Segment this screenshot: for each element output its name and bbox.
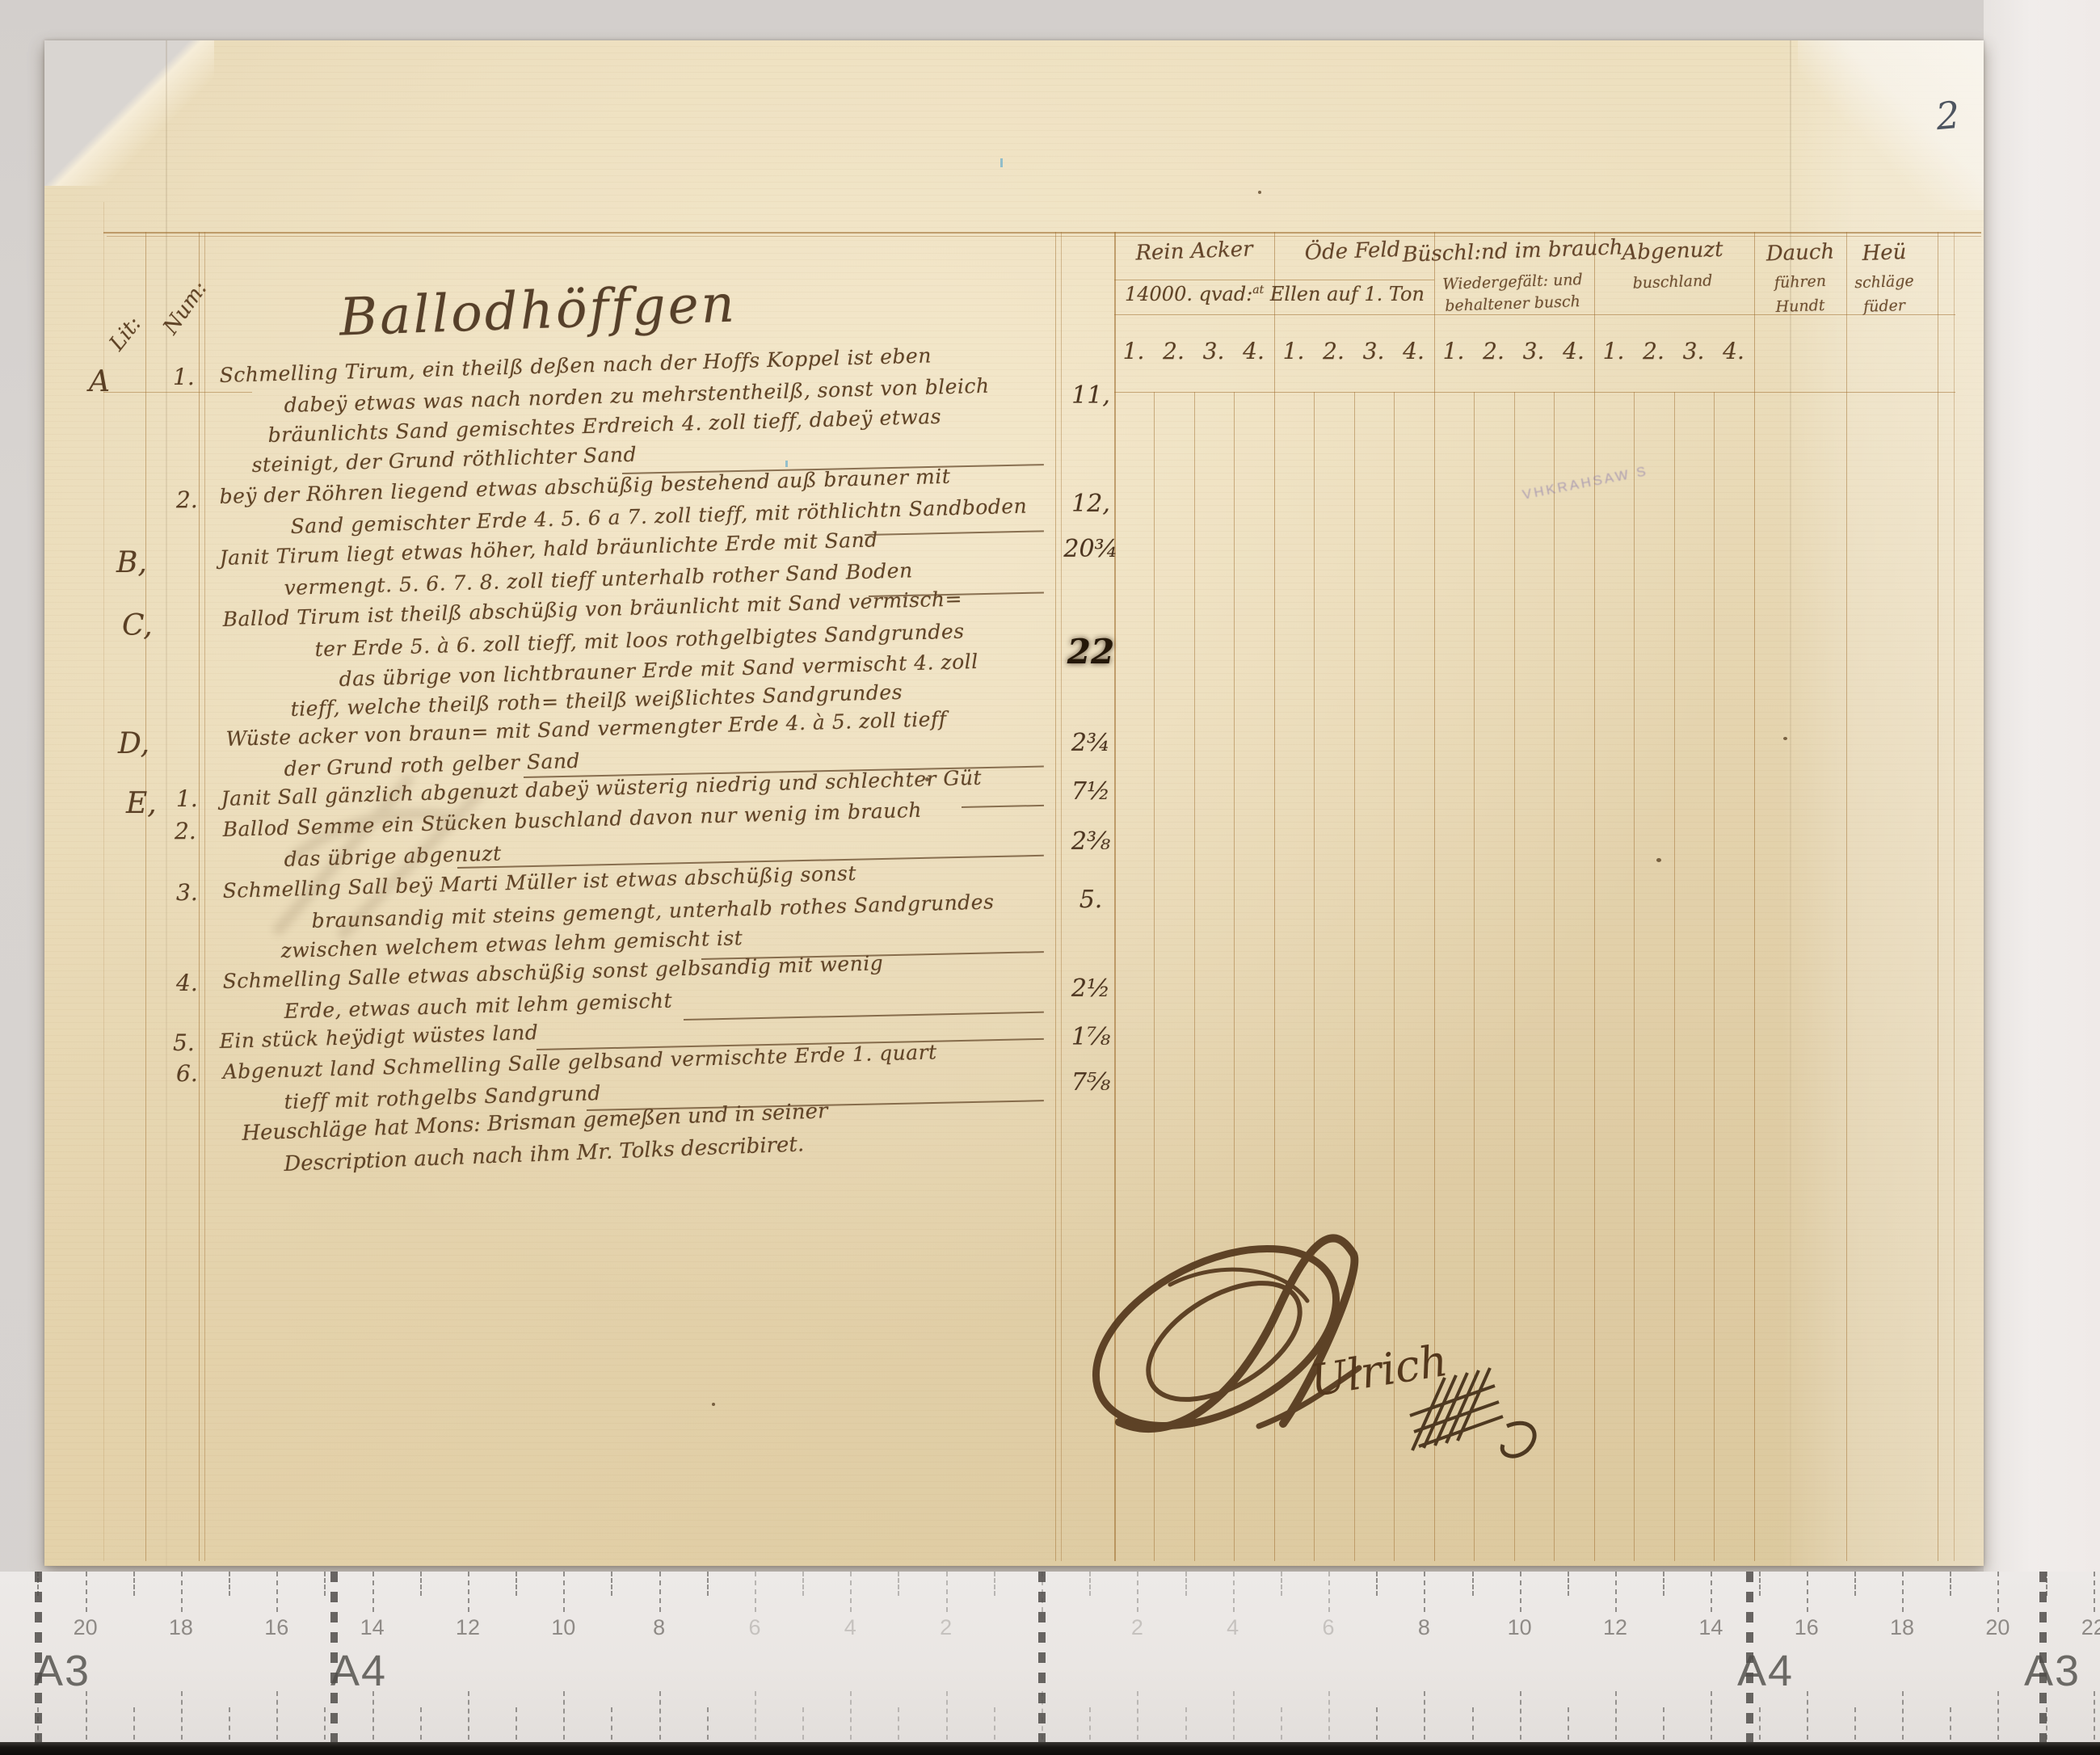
ink-bleed-ghost bbox=[246, 760, 521, 945]
rule-horizontal bbox=[103, 392, 252, 393]
ruler-format-mark bbox=[1038, 1572, 1046, 1743]
ruler-tick bbox=[1663, 1572, 1664, 1596]
ruler-number: 2 bbox=[940, 1615, 952, 1640]
ruler-tick-bottom bbox=[1376, 1707, 1378, 1740]
ruler-tick bbox=[1902, 1572, 1904, 1612]
column-number: 1. bbox=[1436, 338, 1471, 364]
ruler-tick-bottom bbox=[1854, 1707, 1856, 1740]
amount-value: 11, bbox=[1057, 381, 1125, 410]
ruler-tick-bottom bbox=[229, 1707, 230, 1740]
ruler-format-label: A3 bbox=[2024, 1646, 2081, 1696]
amount-value: 7½ bbox=[1057, 777, 1125, 806]
ink-speck bbox=[1258, 191, 1261, 194]
entry-number: 2. bbox=[175, 818, 196, 844]
ruler-tick bbox=[1472, 1572, 1474, 1596]
rule-vertical bbox=[1634, 392, 1635, 1561]
ruler-tick-bottom bbox=[1281, 1707, 1282, 1740]
ruler-tick-bottom bbox=[850, 1691, 852, 1740]
rule-vertical bbox=[1754, 232, 1755, 1561]
ruler-number: 22 bbox=[2081, 1615, 2100, 1640]
amount-value: 2½ bbox=[1057, 974, 1125, 1003]
ruler-number: 16 bbox=[1795, 1615, 1819, 1640]
ruler-tick bbox=[659, 1572, 661, 1612]
rule-vertical bbox=[1674, 392, 1675, 1561]
ruler-tick bbox=[324, 1572, 326, 1596]
ruler-tick-bottom bbox=[181, 1691, 183, 1740]
ruler-tick-bottom bbox=[1089, 1707, 1091, 1740]
ink-speck bbox=[925, 777, 929, 781]
scanner-bed-edge bbox=[0, 1742, 2100, 1755]
ruler-tick-bottom bbox=[946, 1691, 948, 1740]
ruler-tick bbox=[1137, 1572, 1138, 1612]
ruler-tick bbox=[372, 1572, 374, 1612]
ruler-number: 16 bbox=[264, 1615, 288, 1640]
ruler-number: 14 bbox=[1698, 1615, 1723, 1640]
scanner-bed: Ballodhöffgen Lit: Num: Rein AckerÖde Fe… bbox=[0, 0, 2100, 1755]
amount-value: 2⅜ bbox=[1057, 827, 1125, 856]
ink-speck bbox=[712, 1403, 715, 1406]
page-number: 2 bbox=[1934, 93, 1962, 138]
amount-value: 1⅞ bbox=[1057, 1023, 1125, 1051]
scale-note-rest: Ellen auf 1. Ton bbox=[1264, 283, 1425, 305]
ruler-number: 4 bbox=[844, 1615, 856, 1640]
vertical-crease bbox=[166, 40, 167, 1566]
ruler-tick bbox=[1568, 1572, 1569, 1596]
column-number: 4. bbox=[1396, 338, 1432, 364]
entry-lit-letter: B, bbox=[116, 546, 147, 579]
column-number: 2. bbox=[1636, 338, 1672, 364]
column-number: 2. bbox=[1156, 338, 1192, 364]
ruler-number: 2 bbox=[1131, 1615, 1143, 1640]
entry-number: 3. bbox=[176, 879, 198, 906]
rule-vertical bbox=[1055, 232, 1056, 1561]
ruler-tick bbox=[1089, 1572, 1091, 1596]
ruler-tick-bottom bbox=[516, 1707, 517, 1740]
ruler-tick bbox=[755, 1572, 756, 1612]
entry-number: 4. bbox=[176, 970, 198, 996]
ruler-tick bbox=[468, 1572, 469, 1612]
ruler-number: 12 bbox=[456, 1615, 480, 1640]
ruler-tick bbox=[611, 1572, 612, 1596]
ruler-number: 18 bbox=[169, 1615, 193, 1640]
column-number: 4. bbox=[1716, 338, 1752, 364]
ruler-number: 10 bbox=[551, 1615, 575, 1640]
amount-value: 2¾ bbox=[1057, 729, 1125, 757]
ruler-number: 12 bbox=[1603, 1615, 1627, 1640]
entry-lit-letter: E, bbox=[126, 787, 157, 820]
ruler-tick-bottom bbox=[1902, 1691, 1904, 1740]
ruler-tick bbox=[181, 1572, 183, 1612]
column-number: 3. bbox=[1196, 338, 1231, 364]
amount-value: 12, bbox=[1057, 490, 1125, 518]
table-extra-column-title: Heü bbox=[1820, 238, 1950, 267]
ruler-tick-bottom bbox=[898, 1707, 899, 1740]
ruler-tick-bottom bbox=[1328, 1691, 1330, 1740]
vertical-crease bbox=[1790, 40, 1791, 1566]
ruler-format-mark bbox=[330, 1572, 338, 1743]
column-number: 1. bbox=[1596, 338, 1631, 364]
ruler-tick-bottom bbox=[611, 1707, 612, 1740]
ruler-tick bbox=[420, 1572, 422, 1596]
ruler-tick-bottom bbox=[707, 1707, 709, 1740]
ruler-tick-bottom bbox=[372, 1691, 374, 1740]
ruler-tick bbox=[1185, 1572, 1187, 1596]
scanner-background-strip bbox=[1984, 0, 2100, 1755]
ruler-number: 6 bbox=[748, 1615, 760, 1640]
ruler-tick-bottom bbox=[324, 1707, 326, 1740]
ink-speck bbox=[1783, 737, 1787, 740]
ruler-tick-bottom bbox=[468, 1691, 469, 1740]
ruler-tick-bottom bbox=[1424, 1691, 1425, 1740]
ruler-tick-bottom bbox=[1568, 1707, 1569, 1740]
ruler-tick-bottom bbox=[755, 1691, 756, 1740]
ruler-format-mark bbox=[2039, 1572, 2047, 1743]
ruler-tick-bottom bbox=[1472, 1707, 1474, 1740]
ruler-number: 18 bbox=[1890, 1615, 1914, 1640]
ruler-number: 14 bbox=[360, 1615, 385, 1640]
entry-number: 6. bbox=[176, 1060, 198, 1087]
column-number: 4. bbox=[1556, 338, 1592, 364]
ruler-number: 10 bbox=[1508, 1615, 1532, 1640]
rule-vertical bbox=[1594, 232, 1595, 1561]
column-number: 1. bbox=[1116, 338, 1151, 364]
entry-lit-letter: D, bbox=[118, 727, 149, 760]
ruler-tick-bottom bbox=[1233, 1691, 1235, 1740]
rule-horizontal bbox=[103, 232, 1981, 234]
ruler-number: 8 bbox=[1418, 1615, 1430, 1640]
ink-speck bbox=[1656, 858, 1661, 862]
ruler-tick bbox=[1854, 1572, 1856, 1596]
ruler-number: 4 bbox=[1227, 1615, 1239, 1640]
column-number: 4. bbox=[1236, 338, 1272, 364]
rule-vertical bbox=[1938, 232, 1938, 1561]
column-number: 3. bbox=[1676, 338, 1711, 364]
amount-value: 22 bbox=[1057, 632, 1125, 671]
amount-value: 5. bbox=[1057, 886, 1125, 914]
ruler-number: 20 bbox=[1985, 1615, 2010, 1640]
ruler-tick-bottom bbox=[1711, 1691, 1712, 1740]
ruler-tick bbox=[133, 1572, 135, 1596]
ruler-tick bbox=[563, 1572, 565, 1612]
ruler-tick-bottom bbox=[1997, 1691, 1999, 1740]
entry-lit-letter: C, bbox=[122, 609, 153, 642]
ruler-tick bbox=[1759, 1572, 1761, 1596]
ruler-tick bbox=[229, 1572, 230, 1596]
ruler-tick-bottom bbox=[1520, 1691, 1521, 1740]
column-number: 3. bbox=[1356, 338, 1391, 364]
ruler-tick bbox=[1376, 1572, 1378, 1596]
ruler-tick bbox=[276, 1572, 278, 1612]
ruler-tick-bottom bbox=[1759, 1707, 1761, 1740]
ruler-format-mark bbox=[1746, 1572, 1753, 1743]
column-number: 1. bbox=[1276, 338, 1311, 364]
ruler-tick bbox=[1615, 1572, 1617, 1612]
rule-vertical bbox=[204, 232, 205, 1561]
ruler-tick bbox=[1997, 1572, 1999, 1612]
ruler-tick-bottom bbox=[1807, 1691, 1808, 1740]
scale-note: 14000. qvad:at Ellen auf 1. Ton bbox=[1125, 283, 1425, 305]
entry-number: 1. bbox=[173, 364, 195, 390]
ruler-tick-bottom bbox=[86, 1691, 87, 1740]
ruler-tick-bottom bbox=[1137, 1691, 1138, 1740]
ruler-format-label: A4 bbox=[330, 1646, 387, 1696]
ruler-tick bbox=[946, 1572, 948, 1612]
ruler-tick-bottom bbox=[420, 1707, 422, 1740]
rule-horizontal bbox=[1114, 392, 1955, 393]
ruler-tick bbox=[707, 1572, 709, 1596]
rule-vertical bbox=[1714, 392, 1715, 1561]
ruler-tick bbox=[850, 1572, 852, 1612]
column-number: 2. bbox=[1476, 338, 1512, 364]
ruler-number: 6 bbox=[1323, 1615, 1335, 1640]
ruler-tick-bottom bbox=[133, 1707, 135, 1740]
ruler-tick bbox=[1711, 1572, 1712, 1612]
rule-vertical bbox=[1954, 232, 1955, 1561]
ruler-tick-bottom bbox=[802, 1707, 804, 1740]
ruler-tick-bottom bbox=[563, 1691, 565, 1740]
ruler-tick-bottom bbox=[276, 1691, 278, 1740]
ruler-tick-bottom bbox=[1185, 1707, 1187, 1740]
ruler-number: 8 bbox=[653, 1615, 665, 1640]
rule-vertical bbox=[199, 232, 200, 1561]
document-sheet: Ballodhöffgen Lit: Num: Rein AckerÖde Fe… bbox=[44, 40, 1984, 1566]
signature: Ulrich bbox=[1067, 1204, 1568, 1479]
ruler-tick bbox=[516, 1572, 517, 1596]
ruler-tick-bottom bbox=[2094, 1691, 2095, 1740]
rule-vertical bbox=[145, 232, 146, 1561]
rule-vertical bbox=[1846, 232, 1847, 1561]
entry-lit-letter: A bbox=[89, 365, 110, 398]
ruler-tick bbox=[898, 1572, 899, 1596]
ruler-tick bbox=[1233, 1572, 1235, 1612]
entry-number: 5. bbox=[173, 1029, 195, 1056]
amount-value: 7⅝ bbox=[1057, 1068, 1125, 1096]
amount-value: 20¾ bbox=[1057, 535, 1125, 563]
ruler-tick-bottom bbox=[1950, 1707, 1951, 1740]
ruler-tick bbox=[802, 1572, 804, 1596]
ruler-tick bbox=[1807, 1572, 1808, 1612]
ruler-tick-bottom bbox=[659, 1691, 661, 1740]
ruler-tick bbox=[1950, 1572, 1951, 1596]
ruler-number: 20 bbox=[74, 1615, 98, 1640]
blue-fleck bbox=[1000, 158, 1003, 167]
column-number: 2. bbox=[1316, 338, 1352, 364]
blue-fleck bbox=[785, 461, 788, 467]
rule-vertical bbox=[103, 202, 104, 1561]
ruler-tick-bottom bbox=[1663, 1707, 1664, 1740]
column-number: 3. bbox=[1516, 338, 1551, 364]
scale-note-sup: at bbox=[1252, 284, 1264, 297]
ruler-tick bbox=[1328, 1572, 1330, 1612]
rule-horizontal bbox=[107, 236, 1981, 237]
ruler-tick-bottom bbox=[1615, 1691, 1617, 1740]
ruler-tick bbox=[86, 1572, 87, 1612]
ruler-tick bbox=[1520, 1572, 1521, 1612]
ruler-format-label: A3 bbox=[34, 1646, 90, 1696]
ruler-format-mark bbox=[35, 1572, 42, 1743]
ruler-tick bbox=[2094, 1572, 2095, 1612]
ruler-tick bbox=[994, 1572, 995, 1596]
scale-note-main: 14000. qvad: bbox=[1125, 283, 1252, 305]
ruler-tick-bottom bbox=[994, 1707, 995, 1740]
ruler-tick bbox=[1281, 1572, 1282, 1596]
ruler-tick bbox=[1424, 1572, 1425, 1612]
entry-number: 1. bbox=[176, 785, 198, 812]
scanner-ruler: 2018161412108642246810121416182022A3A4A4… bbox=[0, 1572, 2100, 1743]
entry-number: 2. bbox=[176, 486, 198, 513]
